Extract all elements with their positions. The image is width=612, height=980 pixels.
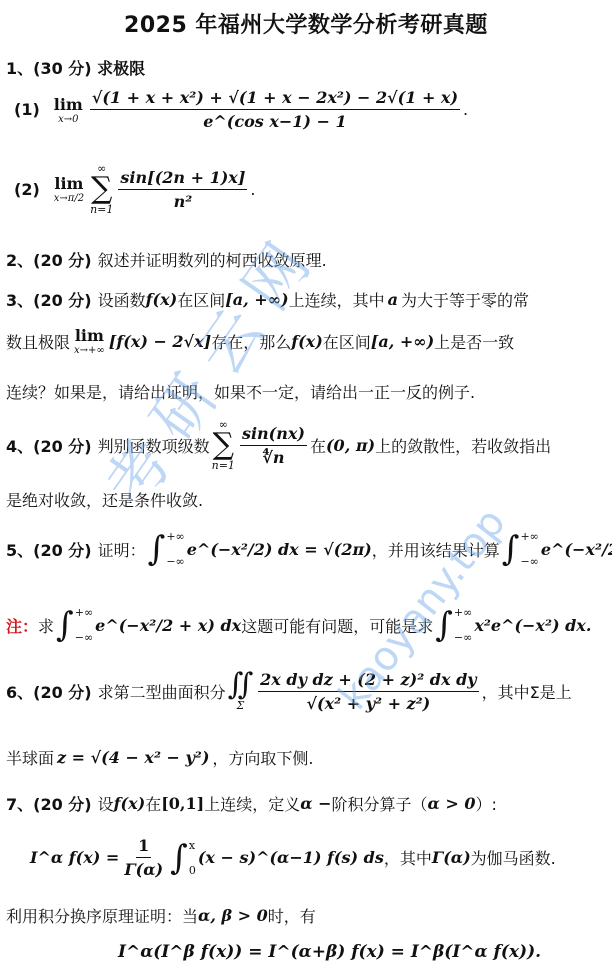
question-3-line-2: 数且极限 lim x→+∞ [f(x) − 2√x] 存在，那么 f(x) 在区… [6, 326, 514, 356]
lim-subscript: x→+∞ [74, 345, 105, 356]
lim-subscript: x→π/2 [54, 193, 84, 204]
text: ，并用该结果计算 [372, 538, 500, 561]
fraction-numerator: sin[(2n + 1)x] [118, 168, 247, 190]
sigma-icon: ∑ [213, 431, 234, 459]
double-integral-icon: ∬ [228, 671, 254, 699]
text: 上的敛散性，若收敛指出 [375, 434, 551, 457]
fraction-numerator: 1 [136, 836, 151, 858]
question-7-header: 7、(20 分) [6, 792, 92, 815]
text: 在区间 [177, 288, 225, 311]
math-condition: α, β > 0 [198, 906, 268, 925]
note-label: 注： [6, 614, 38, 637]
math-fx: f(x) [291, 332, 323, 351]
fraction-numerator: sin(nx) [240, 424, 307, 446]
question-1-header: 1、(30 分) 求极限 [6, 56, 145, 79]
text: ，其中Σ是上 [482, 680, 572, 703]
text: 上连续，其中 [289, 288, 385, 311]
question-2-text: 叙述并证明数列的柯西收敛原理. [98, 248, 327, 271]
question-3-line-1: 3、(20 分) 设函数 f(x) 在区间 [a, +∞) 上连续，其中 a 为… [6, 288, 529, 311]
fraction-denominator: √(x² + y² + z²) [305, 692, 433, 713]
lower-limit: −∞ [454, 631, 472, 644]
note: 注： 求 ∫ +∞−∞ e^(−x²/2 + x) dx 这题可能有问题，可能是… [6, 606, 591, 644]
sum-lower: n=1 [90, 203, 113, 216]
math-integral-body: (x − s)^(α−1) f(s) ds [198, 848, 384, 867]
question-6-line-2: 半球面 z = √(4 − x² − y²) ，方向取下侧. [6, 746, 313, 769]
integral-operator: ∫ +∞−∞ [56, 606, 93, 644]
period: . [463, 100, 468, 119]
text: 上是否一致 [434, 330, 514, 353]
text: 求第二型曲面积分 [98, 680, 226, 703]
math-gamma: Γ(α) [432, 848, 471, 867]
question-7-line-3: 利用积分换序原理证明：当 α, β > 0 时，有 [6, 904, 316, 927]
math-lim-expr: [f(x) − 2√x] [109, 332, 211, 351]
math-surface: z = √(4 − x² − y²) [57, 748, 209, 767]
series-fraction: sin(nx) ∜n [240, 424, 307, 467]
question-5-header: 5、(20 分) [6, 538, 92, 561]
sum-fraction: sin[(2n + 1)x] n² [118, 168, 247, 211]
limit-operator: lim x→0 [54, 95, 83, 125]
question-7-definition: I^α f(x) = 1 Γ(α) ∫ x0 (x − s)^(α−1) f(s… [30, 836, 556, 879]
text: 时，有 [268, 904, 316, 927]
question-4-header: 4、(20 分) [6, 434, 92, 457]
page-title: 2025 年福州大学数学分析考研真题 [0, 8, 612, 39]
double-integral-operator: ∬ Σ [228, 671, 254, 712]
integral-icon: ∫ [435, 607, 453, 643]
text: 设函数 [98, 288, 146, 311]
math-identity: I^α(I^β f(x)) = I^(α+β) f(x) = I^β(I^α f… [118, 942, 541, 962]
text: 为大于等于零的常 [401, 288, 529, 311]
fraction-denominator: n² [172, 190, 195, 211]
fraction-denominator: Γ(α) [122, 858, 165, 879]
lim-word: lim [75, 326, 104, 345]
lim-word: lim [54, 95, 83, 114]
math-fx: f(x) [146, 290, 178, 309]
sum-operator: ∞ ∑ n=1 [212, 418, 235, 472]
lower-limit: −∞ [75, 631, 93, 644]
question-2: 2、(20 分) 叙述并证明数列的柯西收敛原理. [6, 248, 327, 271]
question-4-line-1: 4、(20 分) 判别函数项级数 ∞ ∑ n=1 sin(nx) ∜n 在 (0… [6, 418, 551, 472]
text: 为伽马函数. [471, 846, 556, 869]
limit-fraction: √(1 + x + x²) + √(1 + x − 2x²) − 2√(1 + … [90, 88, 460, 131]
gamma-fraction: 1 Γ(α) [122, 836, 165, 879]
text: ，其中 [384, 846, 432, 869]
upper-limit: +∞ [520, 530, 538, 543]
integral-icon: ∫ [170, 840, 188, 876]
surface-integral-fraction: 2x dy dz + (2 + z)² dx dy √(x² + y² + z²… [258, 670, 478, 713]
math-interval: [a, +∞) [371, 332, 434, 351]
text: 存在，那么 [211, 330, 291, 353]
text: 利用积分换序原理证明：当 [6, 904, 198, 927]
text: 在区间 [323, 330, 371, 353]
text: 求 [38, 614, 54, 637]
lower-limit: −∞ [520, 555, 538, 568]
period: . [250, 180, 255, 199]
fraction-numerator: √(1 + x + x²) + √(1 + x − 2x²) − 2√(1 + … [90, 88, 460, 110]
question-6-line-1: 6、(20 分) 求第二型曲面积分 ∬ Σ 2x dy dz + (2 + z)… [6, 670, 572, 713]
limit-operator: lim x→+∞ [74, 326, 105, 356]
math-integral-body: e^(−x²/2) dx = √(2π) [187, 540, 372, 559]
math-integral-body: x²e^(−x²) dx. [474, 616, 591, 635]
text: 在 [310, 434, 326, 457]
math-integral-body: e^(−x²/2 + x) dx [95, 616, 241, 635]
math-a: a [388, 290, 398, 309]
question-1-part-2: (2) lim x→π/2 ∞ ∑ n=1 sin[(2n + 1)x] n² … [14, 162, 255, 216]
integral-operator: ∫ +∞−∞ [435, 606, 472, 644]
text: 阶积分算子（ [332, 792, 428, 815]
text: 设 [98, 792, 114, 815]
math-interval: [a, +∞) [225, 290, 288, 309]
text: 数且极限 [6, 330, 70, 353]
integral-icon: ∫ [502, 531, 520, 567]
upper-limit: x [189, 839, 196, 852]
question-7-identity: I^α(I^β f(x)) = I^(α+β) f(x) = I^β(I^α f… [118, 942, 541, 962]
sum-lower: n=1 [212, 459, 235, 472]
question-3-line-3: 连续？如果是，请给出证明，如果不一定，请给出一正一反的例子. [6, 380, 475, 403]
math-condition: α > 0 [428, 794, 476, 813]
limit-operator: lim x→π/2 [54, 174, 84, 204]
integral-icon: ∫ [148, 531, 166, 567]
text: ）: [476, 792, 497, 815]
question-6-header: 6、(20 分) [6, 680, 92, 703]
lim-word: lim [54, 174, 83, 193]
text: 判别函数项级数 [98, 434, 210, 457]
text: 这题可能有问题，可能是求 [241, 614, 433, 637]
lower-limit: −∞ [166, 555, 184, 568]
math-interval: [0,1] [161, 794, 204, 813]
math-integral-body: e^(−x²/2 + x) dx. [541, 540, 612, 559]
integral-operator: ∫ x0 [170, 839, 196, 877]
text: 上连续，定义 [204, 792, 300, 815]
question-1-part-1: (1) lim x→0 √(1 + x + x²) + √(1 + x − 2x… [14, 88, 468, 131]
sigma-icon: ∑ [91, 175, 112, 203]
question-7-line-1: 7、(20 分) 设 f(x) 在 [0,1] 上连续，定义 α − 阶积分算子… [6, 792, 497, 815]
integral-operator: ∫ +∞−∞ [502, 530, 539, 568]
question-5: 5、(20 分) 证明： ∫ +∞−∞ e^(−x²/2) dx = √(2π)… [6, 530, 612, 568]
upper-limit: +∞ [75, 606, 93, 619]
upper-limit: +∞ [454, 606, 472, 619]
question-3-header: 3、(20 分) [6, 288, 92, 311]
question-4-line-2: 是绝对收敛，还是条件收敛. [6, 488, 203, 511]
text: 证明： [98, 538, 146, 561]
surface-subscript: Σ [237, 699, 245, 712]
text: 在 [145, 792, 161, 815]
integral-operator: ∫ +∞−∞ [148, 530, 185, 568]
fraction-numerator: 2x dy dz + (2 + z)² dx dy [258, 670, 478, 692]
part-label: (1) [14, 100, 40, 119]
upper-limit: +∞ [166, 530, 184, 543]
part-label: (2) [14, 180, 40, 199]
integral-icon: ∫ [56, 607, 74, 643]
lower-limit: 0 [189, 864, 196, 877]
lim-subscript: x→0 [58, 114, 78, 125]
math-lhs: I^α f(x) = [30, 848, 119, 867]
fraction-denominator: e^(cos x−1) − 1 [201, 110, 348, 131]
question-2-header: 2、(20 分) [6, 248, 92, 271]
fraction-denominator: ∜n [260, 446, 286, 467]
text: ，方向取下侧. [212, 746, 313, 769]
text: 半球面 [6, 746, 54, 769]
math-interval: (0, π) [326, 436, 375, 455]
math-fx: f(x) [114, 794, 146, 813]
math-alpha: α − [300, 794, 331, 813]
sum-operator: ∞ ∑ n=1 [90, 162, 113, 216]
